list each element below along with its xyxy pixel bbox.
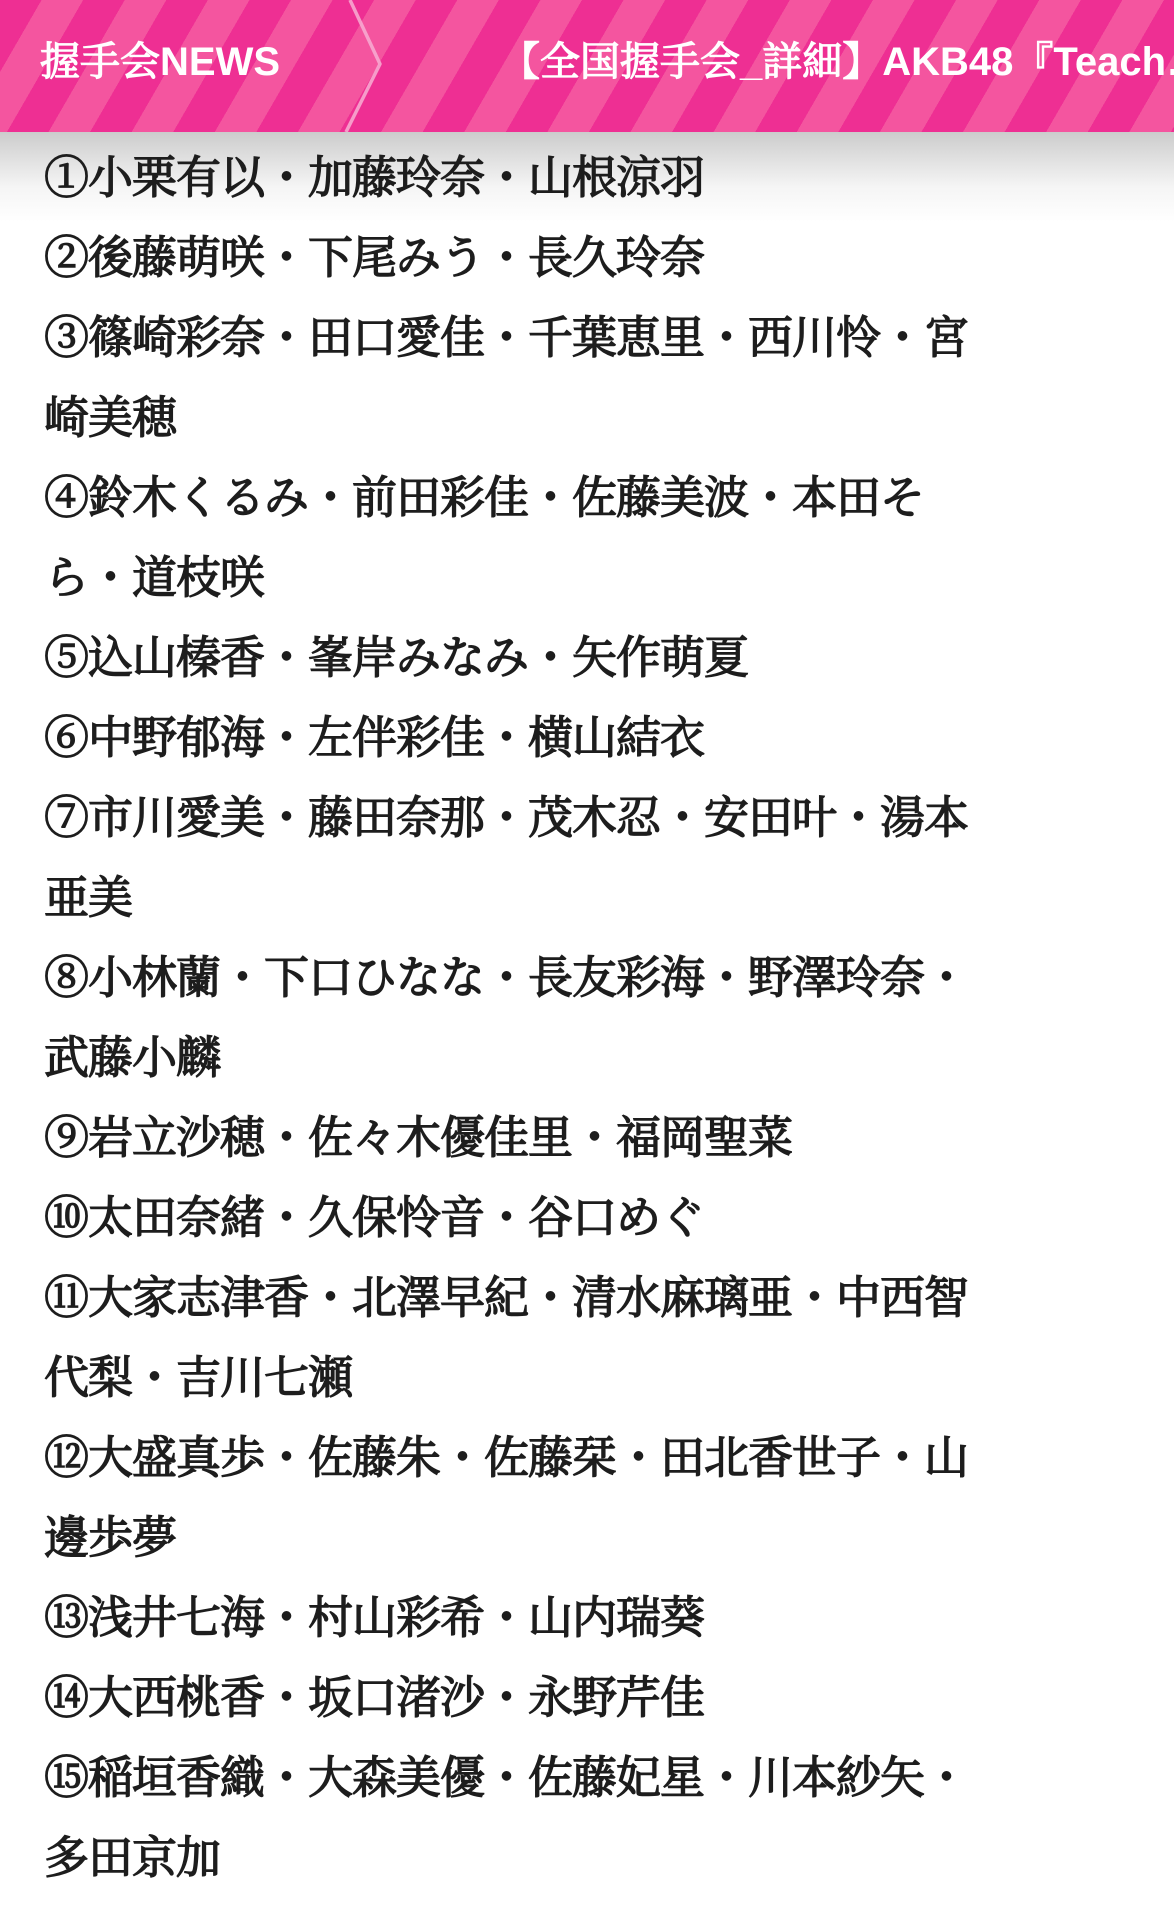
app-label[interactable]: 握手会NEWS	[0, 30, 340, 87]
member-group-row: ⑥中野郁海・左伴彩佳・横山結衣	[44, 698, 980, 778]
member-group-row: ②後藤萌咲・下尾みう・長久玲奈	[44, 218, 980, 298]
member-group-row: ⑮稲垣香織・大森美優・佐藤妃星・川本紗矢・多田京加	[44, 1738, 980, 1898]
member-group-row: ⑦市川愛美・藤田奈那・茂木忍・安田叶・湯本亜美	[44, 778, 980, 938]
member-group-row: ⑬浅井七海・村山彩希・山内瑞葵	[44, 1578, 980, 1658]
member-group-row: ⑨岩立沙穂・佐々木優佳里・福岡聖菜	[44, 1098, 980, 1178]
member-group-row: ①小栗有以・加藤玲奈・山根涼羽	[44, 138, 980, 218]
header: 握手会NEWS 【全国握手会_詳細】AKB48『Teach…	[0, 0, 1174, 132]
member-group-row: ⑩太田奈緒・久保怜音・谷口めぐ	[44, 1178, 980, 1258]
member-group-row: ③篠崎彩奈・田口愛佳・千葉恵里・西川怜・宮崎美穂	[44, 298, 980, 458]
chevron-right-icon	[340, 0, 430, 132]
member-group-row: ⑤込山榛香・峯岸みなみ・矢作萌夏	[44, 618, 980, 698]
member-list: ①小栗有以・加藤玲奈・山根涼羽②後藤萌咲・下尾みう・長久玲奈③篠崎彩奈・田口愛佳…	[0, 132, 1174, 1928]
page-title: 【全国握手会_詳細】AKB48『Teach…	[430, 30, 1174, 87]
breadcrumb-divider	[340, 0, 430, 132]
member-group-row: ⑪大家志津香・北澤早紀・清水麻璃亜・中西智代梨・吉川七瀬	[44, 1258, 980, 1418]
member-group-row: ⑫大盛真歩・佐藤朱・佐藤栞・田北香世子・山邊歩夢	[44, 1418, 980, 1578]
member-group-row: ⑭大西桃香・坂口渚沙・永野芹佳	[44, 1658, 980, 1738]
member-group-row: ④鈴木くるみ・前田彩佳・佐藤美波・本田そら・道枝咲	[44, 458, 980, 618]
member-group-row: ⑧小林蘭・下口ひなな・長友彩海・野澤玲奈・武藤小麟	[44, 938, 980, 1098]
